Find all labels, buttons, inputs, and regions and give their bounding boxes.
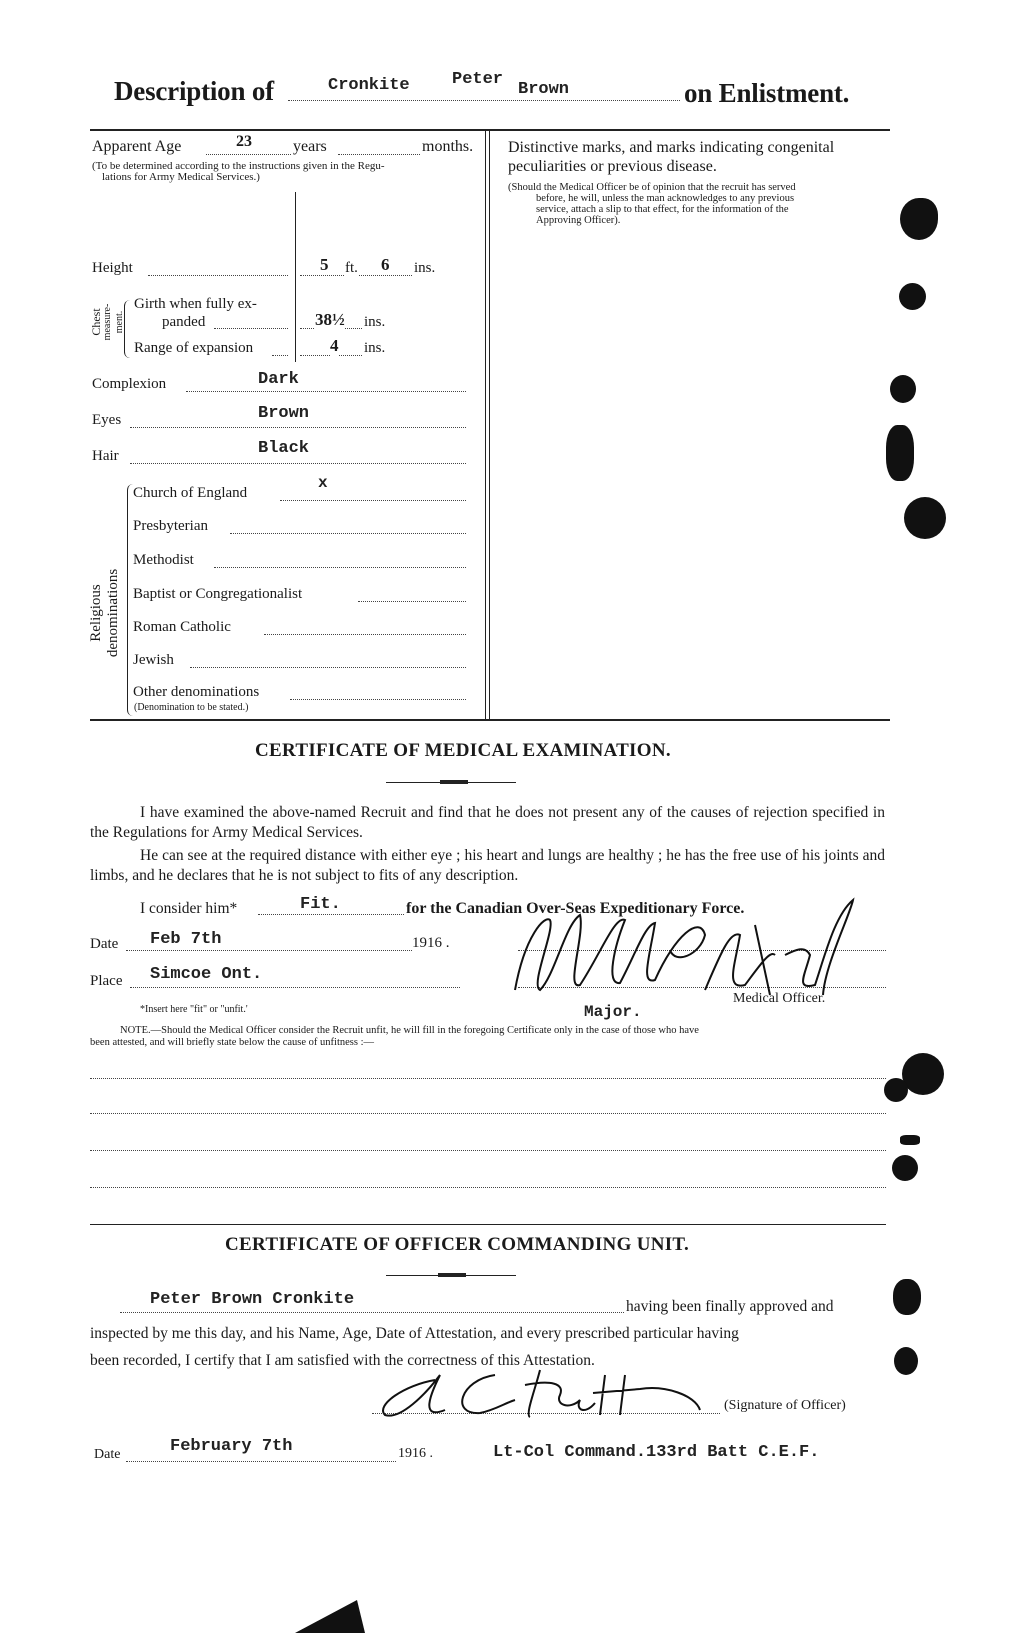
- ink-blot: [890, 375, 916, 403]
- range-label-dots: [272, 355, 288, 356]
- height-label-dots: [148, 275, 288, 276]
- ink-blot: [904, 497, 946, 539]
- ft-label: ft.: [345, 260, 358, 277]
- commanding-line1-suffix: having been finally approved and: [626, 1298, 833, 1316]
- medical-date-dots: [126, 950, 412, 951]
- years-label: years: [293, 138, 327, 156]
- range-ins-label: ins.: [364, 340, 385, 357]
- religion-item-other: Other denominations: [133, 684, 259, 701]
- ink-blot: [886, 425, 914, 481]
- hair-label: Hair: [92, 448, 119, 465]
- religion-dots: [358, 601, 466, 602]
- girth-value: 38½: [315, 310, 345, 330]
- unfitness-line[interactable]: [90, 1187, 886, 1188]
- consider-value: Fit.: [300, 895, 341, 914]
- distinctive-note-line2: before, he will, unless the man acknowle…: [508, 193, 796, 204]
- height-ins-label: ins.: [414, 260, 435, 277]
- religion-item-roman-catholic: Roman Catholic: [133, 619, 231, 636]
- age-note-line2: lations for Army Medical Services.): [102, 171, 260, 183]
- commanding-officer-title: Lt-Col Command.133rd Batt C.E.F.: [493, 1443, 819, 1462]
- consider-dots: [258, 914, 404, 915]
- apparent-age-value: 23: [236, 133, 252, 151]
- age-dots: [206, 154, 291, 155]
- religion-item-baptist: Baptist or Congregationalist: [133, 586, 302, 603]
- medical-paragraph-1: I have examined the above-named Recruit …: [90, 803, 885, 843]
- medical-date-value: Feb 7th: [150, 930, 221, 949]
- girth-ins-label: ins.: [364, 314, 385, 331]
- religion-dots: [280, 500, 466, 501]
- chest-side-label: Chest measure- ment.: [90, 292, 126, 352]
- unfitness-line[interactable]: [90, 1113, 886, 1114]
- eyes-label: Eyes: [92, 412, 121, 429]
- unfitness-line[interactable]: [90, 1150, 886, 1151]
- header-name-line: [288, 100, 680, 101]
- complexion-label: Complexion: [92, 376, 166, 393]
- hair-value: Black: [258, 439, 309, 458]
- height-label: Height: [92, 260, 133, 277]
- chest-side-line2: measure-: [102, 292, 114, 352]
- medical-paragraph-2: He can see at the required distance with…: [90, 846, 885, 886]
- ink-blot: [884, 1078, 908, 1102]
- medical-officer-signature: [505, 895, 865, 1005]
- column-divider: [485, 130, 486, 720]
- name-middle: Brown: [518, 80, 569, 99]
- girth-label-line1: Girth when fully ex-: [134, 296, 257, 313]
- header-suffix: on Enlistment.: [684, 78, 849, 109]
- medical-date-label: Date: [90, 936, 118, 953]
- commanding-officer-signature: [365, 1365, 705, 1425]
- range-label: Range of expansion: [134, 340, 253, 357]
- medical-date-year: 1916 .: [412, 935, 450, 952]
- place-label: Place: [90, 973, 122, 990]
- medical-note-line2: been attested, and will briefly state be…: [90, 1037, 374, 1048]
- religion-item-church-of-england: Church of England: [133, 485, 247, 502]
- ink-blot: [900, 198, 938, 240]
- religion-dots: [230, 533, 466, 534]
- religion-other-note: (Denomination to be stated.): [134, 702, 248, 713]
- religion-mark-church-of-england: x: [318, 474, 328, 492]
- place-value: Simcoe Ont.: [150, 965, 262, 984]
- value-column-divider: [295, 192, 296, 362]
- medical-officer-label: Medical Officer.: [733, 991, 825, 1007]
- name-first: Peter: [452, 70, 503, 89]
- religion-side-line1: Religious: [88, 558, 105, 668]
- distinctive-note: (Should the Medical Officer be of opinio…: [508, 182, 796, 226]
- religion-item-presbyterian: Presbyterian: [133, 518, 208, 535]
- medical-note-line1: NOTE.—Should the Medical Officer conside…: [120, 1025, 699, 1036]
- commanding-date-label: Date: [94, 1447, 120, 1463]
- eyes-dots: [130, 427, 466, 428]
- height-ft-value: 5: [320, 255, 329, 275]
- distinctive-note-line1: (Should the Medical Officer be of opinio…: [508, 182, 796, 193]
- signature-of-officer-label: (Signature of Officer): [724, 1398, 846, 1414]
- complexion-dots: [186, 391, 466, 392]
- ink-blot: [894, 1347, 918, 1375]
- ink-blot: [899, 283, 926, 310]
- corner-blot: [295, 1600, 375, 1633]
- ornament-center: [438, 1273, 466, 1277]
- hair-dots: [130, 463, 466, 464]
- distinctive-heading-line1: Distinctive marks, and marks indicating …: [508, 138, 834, 157]
- distinctive-note-line3: service, attach a slip to that effect, f…: [508, 204, 796, 215]
- insert-note: *Insert here "fit" or "unfit.': [140, 1004, 248, 1015]
- chest-brace: [124, 300, 131, 358]
- top-rule: [90, 129, 890, 131]
- religion-item-jewish: Jewish: [133, 652, 174, 669]
- ornament-center: [440, 780, 468, 784]
- place-dots: [130, 987, 460, 988]
- commanding-name-value: Peter Brown Cronkite: [150, 1290, 354, 1309]
- ink-blot: [902, 1053, 944, 1095]
- distinctive-heading: Distinctive marks, and marks indicating …: [508, 138, 834, 176]
- complexion-value: Dark: [258, 370, 299, 389]
- distinctive-note-line4: Approving Officer).: [508, 215, 796, 226]
- girth-label-line2: panded: [162, 314, 205, 331]
- commanding-heading: CERTIFICATE OF OFFICER COMMANDING UNIT.: [225, 1234, 689, 1256]
- commanding-date-dots: [126, 1461, 396, 1462]
- religion-dots: [290, 699, 466, 700]
- apparent-age-label: Apparent Age: [92, 138, 181, 156]
- range-value: 4: [330, 336, 339, 356]
- height-in-value: 6: [381, 255, 390, 275]
- column-divider-2: [489, 130, 490, 720]
- religion-item-methodist: Methodist: [133, 552, 194, 569]
- header-prefix: Description of: [114, 76, 274, 107]
- religion-side-label: Religious denominations: [88, 558, 122, 668]
- ink-blot: [893, 1279, 921, 1315]
- religion-dots: [264, 634, 466, 635]
- consider-prefix: I consider him*: [140, 900, 237, 918]
- religion-side-line2: denominations: [105, 558, 122, 668]
- unfitness-line[interactable]: [90, 1078, 886, 1079]
- section-rule-1: [90, 719, 890, 721]
- religion-dots: [190, 667, 466, 668]
- months-dots: [338, 154, 420, 155]
- distinctive-heading-line2: peculiarities or previous disease.: [508, 157, 834, 176]
- religion-dots: [214, 567, 466, 568]
- eyes-value: Brown: [258, 404, 309, 423]
- section-rule-2: [90, 1224, 886, 1225]
- commanding-line2: inspected by me this day, and his Name, …: [90, 1325, 739, 1343]
- name-last: Cronkite: [328, 76, 410, 95]
- ink-blot: [892, 1155, 918, 1181]
- officer-rank: Major.: [584, 1003, 642, 1021]
- ink-blot: [900, 1135, 920, 1145]
- commanding-name-dots: [120, 1312, 624, 1313]
- months-label: months.: [422, 138, 473, 156]
- girth-label-dots: [214, 328, 288, 329]
- commanding-date-year: 1916 .: [398, 1446, 433, 1462]
- commanding-date-value: February 7th: [170, 1437, 292, 1456]
- medical-heading: CERTIFICATE OF MEDICAL EXAMINATION.: [255, 740, 671, 762]
- chest-side-line1: Chest: [90, 292, 102, 352]
